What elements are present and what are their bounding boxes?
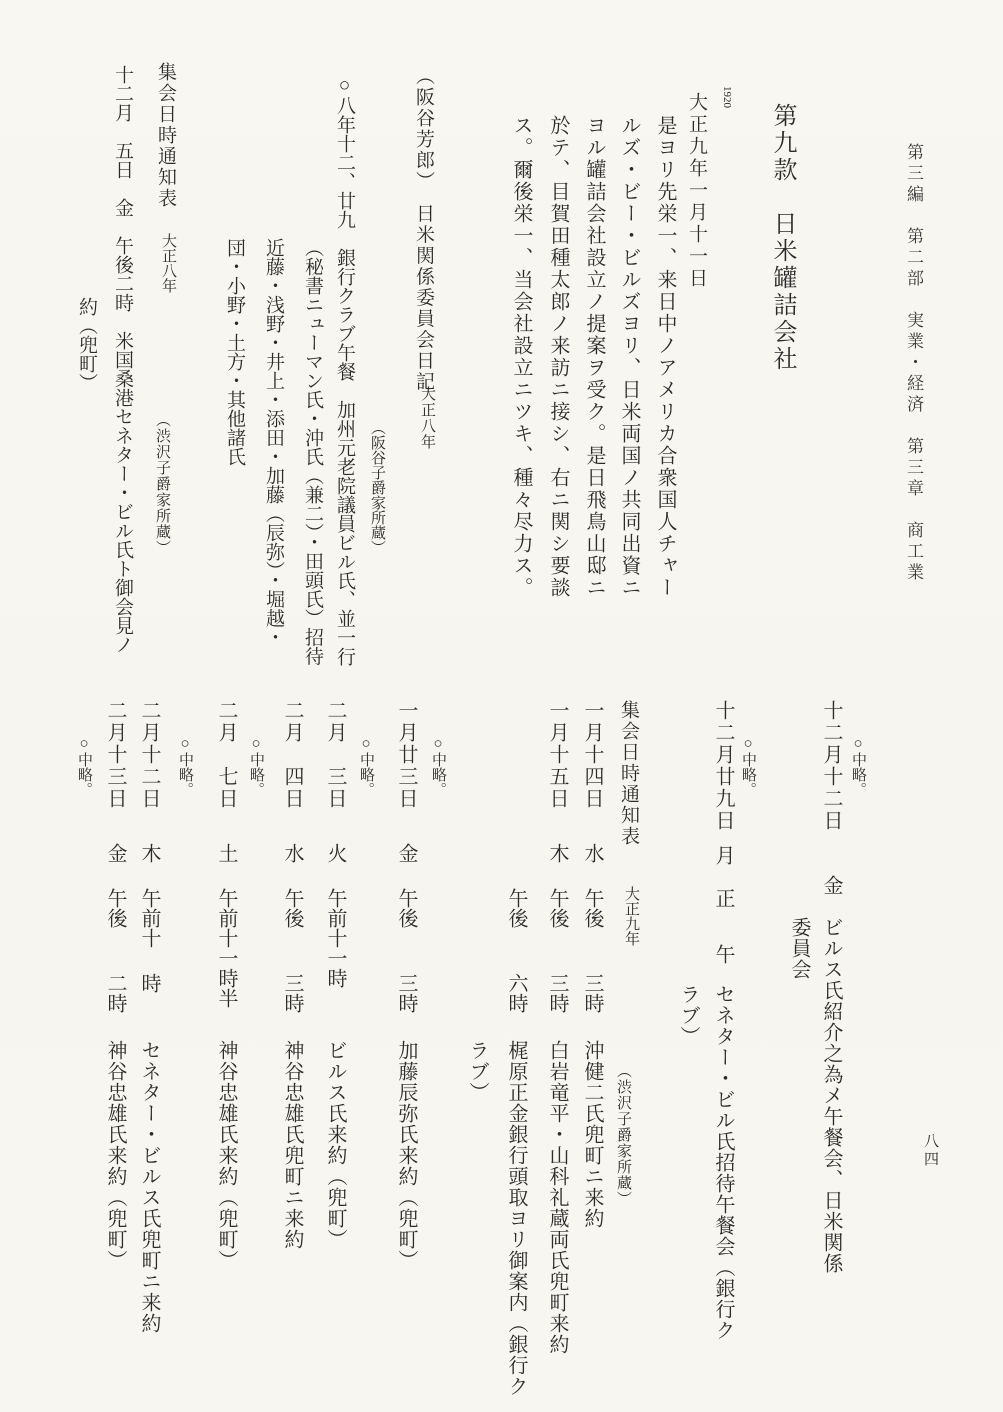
schedule-time: 正 (713, 888, 733, 908)
schedule-time: 二時 (105, 973, 125, 1013)
diary-source: （阪谷子爵家所蔵） (369, 420, 384, 555)
omission-marker: ○中略。 (850, 736, 865, 797)
notice-title: 集会日時通知表 (619, 700, 638, 847)
omission-marker: ○中略。 (430, 736, 445, 797)
schedule-time: 午前十 (139, 888, 159, 948)
schedule-weekday: 月 (713, 845, 733, 865)
entry-date-heading: 大正九年一月十一日 (687, 92, 706, 290)
paragraph-line: ルズ・ビー・ビルズヨリ、日米両国ノ共同出資ニ (619, 115, 639, 599)
notice-source: （渋沢子爵家所蔵） (154, 412, 169, 556)
schedule-weekday: 木 (547, 843, 567, 863)
schedule-description-wrap: 委員会 (789, 917, 809, 980)
schedule-time: 午後 (282, 888, 302, 928)
schedule-description: ビルス氏紹介之為メ午餐会、日米関係 (821, 917, 841, 1274)
schedule-date: 二月 七日 (216, 700, 236, 810)
schedule-time: 時 (139, 973, 159, 993)
schedule-date: 十二月十二日 (821, 700, 841, 832)
schedule-time: 三時 (582, 973, 602, 1013)
schedule-weekday: 木 (139, 843, 159, 863)
western-year: 1920 (721, 86, 732, 108)
omission-marker: ○中略。 (248, 736, 263, 797)
paragraph-line: 於テ、目賀田種太郎ノ来訪ニ接シ、右ニ関シ要談 (548, 115, 568, 599)
schedule-time: 六時 (506, 973, 526, 1013)
schedule-weekday: 金 (821, 875, 841, 895)
diary-line: 団・小野・土方・其他諸氏 (225, 238, 244, 466)
schedule-time: 午後 (547, 888, 567, 928)
schedule-description-wrap: ラブ） (467, 1040, 487, 1103)
omission-marker: ○中略。 (177, 736, 192, 797)
schedule-date: 二月 四日 (282, 700, 302, 810)
schedule-time: 午後 (396, 888, 416, 928)
schedule-weekday: 水 (282, 843, 302, 863)
schedule-date: 二月十二日 (139, 700, 159, 810)
paragraph-line: ス。爾後栄一、当会社設立ニツキ、種々尽力ス。 (511, 115, 531, 599)
schedule-description: セネター・ビル氏招待午餐会（銀行ク (713, 984, 733, 1341)
diary-line: （秘書ニューマン氏・沖氏（兼二）・田頭氏）招待 (303, 238, 322, 666)
diary-line: 近藤・浅野・井上・添田・加藤（辰弥）・堀越・ (264, 238, 283, 647)
omission-marker: ○中略。 (358, 736, 373, 797)
schedule-description-wrap: ラブ） (678, 984, 698, 1047)
running-head: 第三編 第二部 実業・経済 第三章 商工業 (905, 143, 922, 584)
schedule-weekday: 水 (582, 843, 602, 863)
diary-era: 大正八年 (419, 386, 434, 450)
schedule-time: 三時 (396, 973, 416, 1013)
section-title: 第九款 日米罐詰会社 (770, 103, 794, 373)
schedule-time: 午前十一時 (325, 888, 345, 988)
notice-era: 大正九年 (623, 886, 638, 946)
schedule-entry-wrap: 約（兜町） (77, 297, 96, 392)
schedule-weekday: 金 (105, 843, 125, 863)
schedule-time: 午後 (105, 888, 125, 928)
schedule-time: 午 (713, 944, 733, 964)
schedule-date: 二月 三日 (325, 700, 345, 810)
schedule-description: 加藤辰弥氏来約（兜町） (396, 1040, 416, 1271)
schedule-time: 三時 (282, 973, 302, 1013)
schedule-description: 神谷忠雄氏兜町ニ来約 (282, 1040, 302, 1250)
paragraph-line: 是ヨリ先栄一、来日中ノアメリカ合衆国人チャー (655, 115, 675, 599)
schedule-date: 一月十五日 (547, 700, 567, 810)
schedule-description: ビルス氏来約（兜町） (325, 1040, 345, 1250)
schedule-date: 一月十四日 (582, 700, 602, 810)
schedule-weekday: 土 (216, 843, 236, 863)
schedule-description: 神谷忠雄氏来約（兜町） (105, 1040, 125, 1271)
schedule-description: 神谷忠雄氏来約（兜町） (216, 1040, 236, 1271)
page-number: 八四 (922, 1133, 937, 1169)
schedule-description: 梶原正金銀行頭取ヨリ御案内（銀行ク (506, 1040, 526, 1397)
notice-source: （渋沢子爵家所蔵） (615, 1063, 630, 1207)
schedule-weekday: 火 (325, 843, 345, 863)
schedule-time: 午後 (506, 888, 526, 928)
schedule-time: 三時 (547, 973, 567, 1013)
paragraph-line: ヨル罐詰会社設立ノ提案ヲ受ク。是日飛鳥山邸ニ (584, 115, 604, 599)
omission-marker: ○中略。 (740, 736, 755, 797)
schedule-date: 二月十三日 (105, 700, 125, 810)
schedule-date: 十二月廿九日 (713, 700, 733, 832)
diary-line: ○八年十二、廿九 銀行クラブ午餐 加州元老院議員ビル氏、並一行 (335, 75, 354, 666)
schedule-time: 午前十一時半 (216, 888, 236, 1008)
scanned-book-page: 第三編 第二部 実業・経済 第三章 商工業 第九款 日米罐詰会社 1920 大正… (0, 0, 1003, 1412)
schedule-description: セネター・ビルス氏兜町ニ来約 (139, 1040, 159, 1334)
schedule-date: 一月廿三日 (396, 700, 416, 810)
schedule-entry-line: 十二月 五日 金 午後二時 米国桑港セネター・ビル氏ト御会見ノ (113, 65, 132, 654)
schedule-description: 白岩竜平・山科礼蔵両氏兜町来約 (547, 1040, 567, 1355)
schedule-time: 午後 (582, 888, 602, 928)
schedule-weekday: 金 (396, 843, 416, 863)
notice-title: 集会日時通知表 (156, 62, 175, 209)
diary-title: （阪谷芳郎） 日米関係委員会日記 (414, 66, 433, 393)
schedule-description: 沖健二氏兜町ニ来約 (582, 1040, 602, 1229)
omission-marker: ○中略。 (76, 736, 91, 797)
notice-era: 大正八年 (160, 233, 175, 293)
